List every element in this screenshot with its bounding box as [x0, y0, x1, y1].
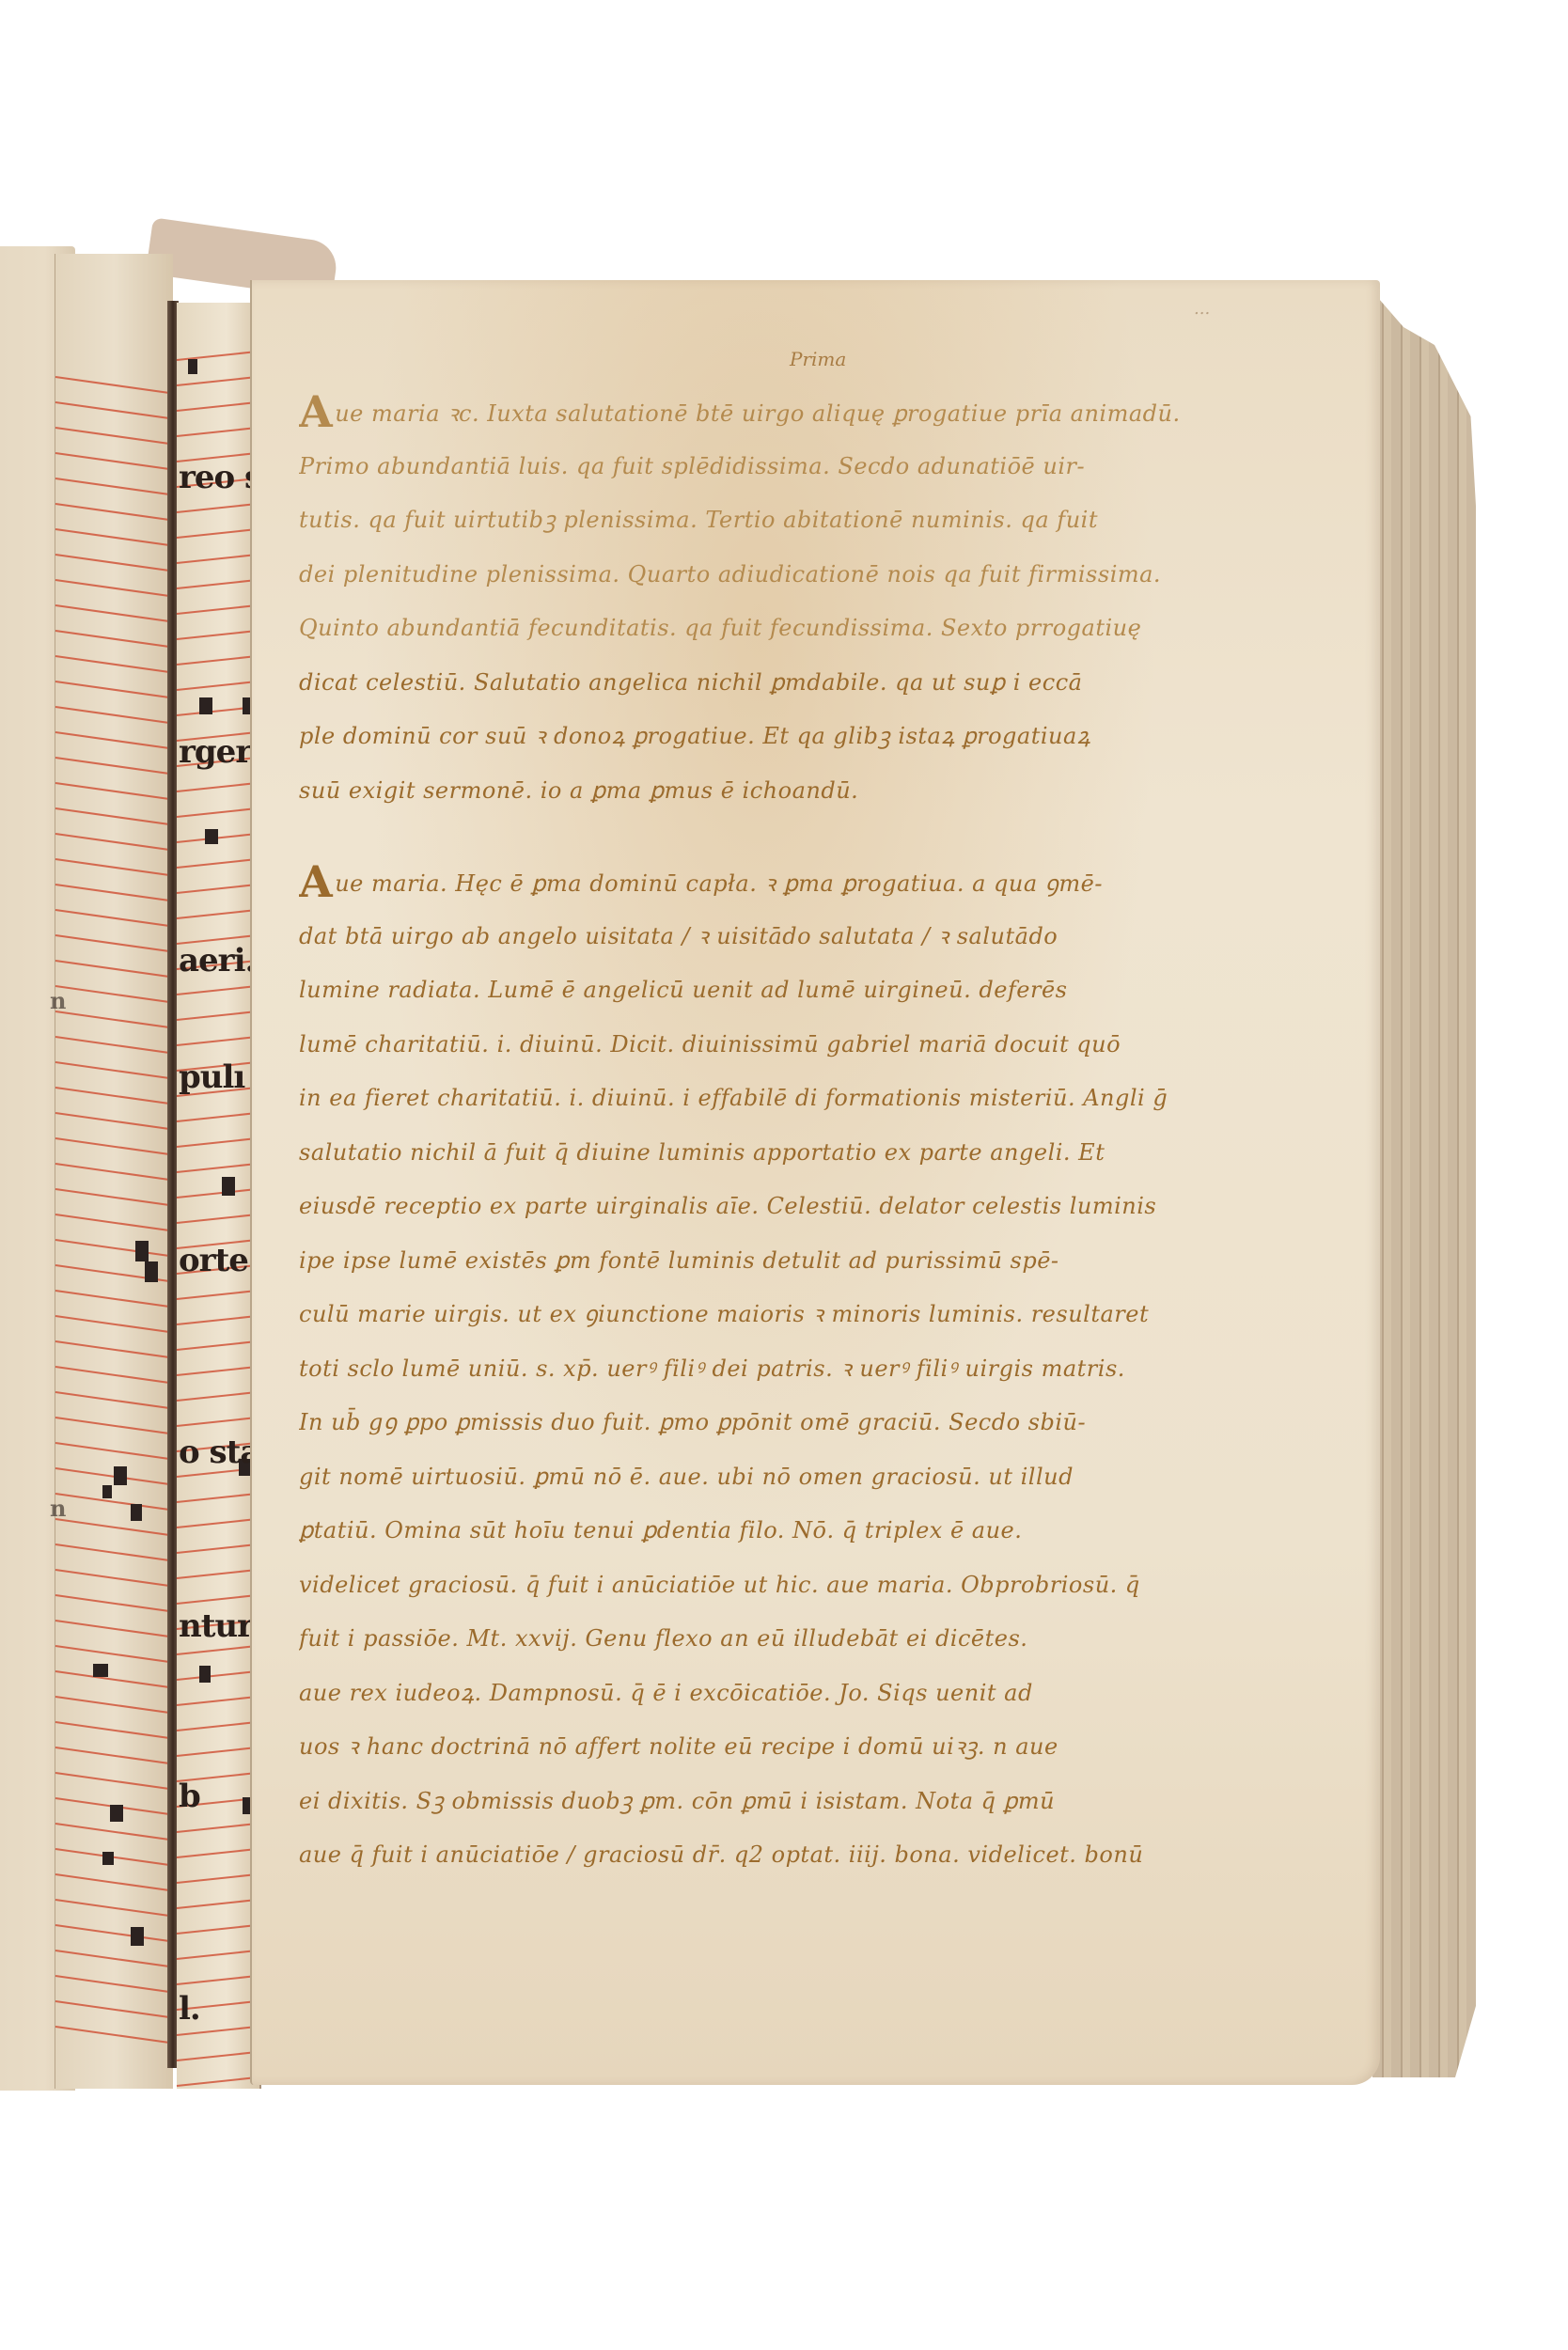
staff-line [177, 1899, 259, 1909]
line-text: lumē charitatiū. i. diuinū. Dicit. diuin… [299, 1031, 1121, 1057]
staff-line [55, 1036, 172, 1054]
music-syllable: orte [179, 1242, 248, 1279]
neume-icon [131, 1504, 142, 1521]
music-syllable: ntur [179, 1607, 253, 1645]
line-text: In ub̄ gꝯ ꝑpo ꝑmissis duo fuit. ꝑmo ꝑpōn… [299, 1409, 1086, 1435]
music-strip-left: nn [55, 254, 173, 2089]
music-syllable: n [50, 1495, 65, 1522]
manuscript-line: Primo abundantiā luis. qa fuit splēdidis… [299, 440, 1295, 494]
staff-line [177, 554, 259, 564]
staff-line [55, 579, 172, 597]
manuscript-text: Aue maria ꝛc. Iuxta salutationē btē uirg… [299, 385, 1295, 1883]
staff-line [177, 1594, 259, 1605]
manuscript-line: Quinto abundantiā fecunditatis. qa fuit … [299, 602, 1295, 656]
line-text: dat btā uirgo ab angelo uisitata / ꝛ uis… [299, 923, 1058, 949]
line-text: ue maria. Hęc ē ꝑma dominū capła. ꝛ ꝑma … [335, 870, 1103, 897]
manuscript-line: dei plenitudine plenissima. Quarto adiud… [299, 548, 1295, 603]
staff-line [55, 909, 172, 927]
staff-line [177, 1873, 259, 1884]
running-head: Prima [790, 348, 846, 370]
staff-line [177, 1543, 259, 1554]
staff-line [55, 604, 172, 622]
paragraph-1: Aue maria ꝛc. Iuxta salutationē btē uirg… [299, 385, 1295, 818]
staff-line [55, 478, 172, 495]
manuscript-line: suū exigit sermonē. io a ꝑma ꝑmus ē icho… [299, 764, 1295, 819]
staff-line [177, 1747, 259, 1757]
staff-line [177, 1518, 259, 1528]
staff-line [177, 1696, 259, 1706]
line-text: toti sclo lumē uniū. s. xp̄. uerꝰ filiꝰ … [299, 1355, 1125, 1382]
staff-line [177, 858, 259, 869]
manuscript-photo: nn reo suirgereaeri.pulıorteo stanturbl.… [0, 0, 1568, 2350]
paragraph-2: Aue maria. Hęc ē ꝑma dominū capła. ꝛ ꝑma… [299, 855, 1295, 1883]
initial-letter: A [299, 856, 333, 907]
staff-line [55, 1670, 172, 1688]
music-syllable: o sta [179, 1433, 259, 1471]
staff-line [55, 1569, 172, 1587]
staff-line [55, 1493, 172, 1511]
line-text: culū marie uirgis. ut ex ꝯiunctione maio… [299, 1301, 1149, 1327]
manuscript-line: uos ꝛ hanc doctrinā nō affert nolite eū … [299, 1720, 1295, 1775]
staff-line [55, 528, 172, 546]
manuscript-line: fuit i passiōe. Mt. xxvij. Genu flexo an… [299, 1612, 1295, 1667]
staff-line [177, 1366, 259, 1376]
staff-line [177, 1290, 259, 1300]
staff-line [55, 681, 172, 698]
staff-line [55, 427, 172, 445]
staff-line [55, 1924, 172, 1942]
staff-line [55, 833, 172, 851]
manuscript-line: toti sclo lumē uniū. s. xp̄. uerꝰ filiꝰ … [299, 1342, 1295, 1397]
staff-line [55, 1696, 172, 1714]
staff-line [177, 1112, 259, 1122]
staff-line [55, 1239, 172, 1257]
staff-line [177, 985, 259, 995]
line-text: aue q̄ fuit i anūciatiōe / graciosū dr̄.… [299, 1841, 1143, 1868]
staff-line [55, 1061, 172, 1079]
staff-line [177, 1315, 259, 1325]
initial-letter: A [299, 386, 333, 437]
staff-line [55, 884, 172, 901]
line-text: lumine radiata. Lumē ē angelicū uenit ad… [299, 977, 1067, 1003]
staff-line [177, 1010, 259, 1021]
staff-line [55, 1823, 172, 1841]
staff-line [177, 909, 259, 919]
staff-line [177, 681, 259, 691]
neume-icon [93, 1664, 108, 1677]
staff-line [55, 807, 172, 825]
staff-line [177, 782, 259, 792]
staff-line [177, 427, 259, 437]
manuscript-line: lumē charitatiū. i. diuinū. Dicit. diuin… [299, 1018, 1295, 1073]
line-text: uos ꝛ hanc doctrinā nō affert nolite eū … [299, 1733, 1058, 1760]
neume-icon [114, 1466, 127, 1485]
staff-line [55, 1442, 172, 1460]
staff-line [55, 554, 172, 572]
manuscript-line: tutis. qa fuit uirtutibꝫ plenissima. Ter… [299, 493, 1295, 548]
staff-line [177, 1645, 259, 1655]
staff-line [177, 1975, 259, 1985]
line-text: git nomē uirtuosiū. ꝑmū nō ē. aue. ubi n… [299, 1464, 1074, 1490]
staff-line [177, 1137, 259, 1148]
neume-icon [102, 1485, 112, 1498]
neume-icon [102, 1852, 114, 1865]
staff-line [177, 1670, 259, 1681]
manuscript-line: aue rex iudeoꝝ. Dampnosū. q̄ ē i excōica… [299, 1667, 1295, 1721]
manuscript-line: salutatio nichil ā fuit q̄ diuine lumini… [299, 1126, 1295, 1181]
staff-line [55, 731, 172, 749]
staff-line [55, 1214, 172, 1231]
staff-line [177, 807, 259, 818]
staff-line [55, 1340, 172, 1358]
staff-line [177, 1950, 259, 1960]
staff-line [55, 1087, 172, 1104]
music-syllable: n [50, 987, 65, 1014]
staff-line [177, 401, 259, 412]
manuscript-line: dicat celestiū. Salutatio angelica nichi… [299, 656, 1295, 711]
line-text: ue maria ꝛc. Iuxta salutationē btē uirgo… [335, 400, 1180, 427]
manuscript-line: ei dixitis. Sꝫ obmissis duobꝫ ꝑm. cōn ꝑm… [299, 1775, 1295, 1829]
line-text: in ea fieret charitatiū. i. diuinū. i ef… [299, 1085, 1168, 1111]
staff-line [177, 884, 259, 894]
staff-line [55, 1873, 172, 1891]
line-text: aue rex iudeoꝝ. Dampnosū. q̄ ē i excōica… [299, 1680, 1033, 1706]
music-syllable: b [179, 1778, 200, 1815]
staff-line [55, 1950, 172, 1967]
line-text: salutatio nichil ā fuit q̄ diuine lumini… [299, 1139, 1105, 1166]
neume-icon [199, 1666, 211, 1683]
folio-mark: ... [1194, 299, 1210, 319]
staff-line [177, 376, 259, 386]
staff-line [55, 2000, 172, 2018]
staff-line [177, 1823, 259, 1833]
line-text: ꝑtatiū. Omina sūt hoīu tenui ꝑdentia fil… [299, 1517, 1022, 1543]
staff-line [55, 1137, 172, 1155]
manuscript-line: In ub̄ gꝯ ꝑpo ꝑmissis duo fuit. ꝑmo ꝑpōn… [299, 1396, 1295, 1450]
music-strip-right: reo suirgereaeri.pulıorteo stanturbl. [177, 303, 261, 2089]
staff-line [55, 2026, 172, 2044]
staff-line [55, 985, 172, 1003]
staff-line [177, 1163, 259, 1173]
staff-line [55, 706, 172, 724]
staff-line [177, 579, 259, 589]
staff-line [177, 1417, 259, 1427]
staff-line [55, 630, 172, 648]
staff-line [177, 528, 259, 539]
staff-line [55, 1010, 172, 1028]
staff-line [55, 1417, 172, 1434]
line-text: ei dixitis. Sꝫ obmissis duobꝫ ꝑm. cōn ꝑm… [299, 1788, 1055, 1814]
staff-line [55, 1163, 172, 1181]
neume-icon [110, 1805, 123, 1822]
staff-line [55, 1899, 172, 1917]
neume-icon [135, 1241, 149, 1261]
staff-line [55, 655, 172, 673]
neume-icon [199, 697, 212, 714]
manuscript-line: dat btā uirgo ab angelo uisitata / ꝛ uis… [299, 910, 1295, 964]
staff-line [55, 1315, 172, 1333]
staff-line [55, 503, 172, 521]
staff-line [177, 1340, 259, 1351]
staff-line [55, 1518, 172, 1536]
staff-line [177, 655, 259, 666]
staff-line [55, 452, 172, 470]
staff-line [55, 376, 172, 394]
music-syllable: pulı [179, 1058, 244, 1096]
staff-line [55, 1747, 172, 1764]
staff-line [177, 630, 259, 640]
music-syllable: aeri. [179, 942, 255, 979]
staff-line [177, 1721, 259, 1731]
staff-line [177, 1848, 259, 1858]
staff-line [55, 1391, 172, 1409]
staff-line [177, 503, 259, 513]
staff-line [177, 1036, 259, 1046]
manuscript-line: eiusdē receptio ex parte uirginalis aīe.… [299, 1180, 1295, 1234]
manuscript-line: ple dominū cor suū ꝛ donoꝝ ꝑrogatiue. Et… [299, 710, 1295, 764]
neume-icon [188, 359, 197, 374]
manuscript-line: culū marie uirgis. ut ex ꝯiunctione maio… [299, 1288, 1295, 1342]
staff-line [55, 1188, 172, 1206]
line-text: Primo abundantiā luis. qa fuit splēdidis… [299, 453, 1085, 479]
neume-icon [131, 1927, 144, 1946]
line-text: dicat celestiū. Salutatio angelica nichi… [299, 669, 1082, 696]
staff-line [55, 1366, 172, 1384]
staff-line [177, 1188, 259, 1198]
manuscript-line: Aue maria. Hęc ē ꝑma dominū capła. ꝛ ꝑma… [299, 855, 1295, 910]
staff-line [177, 2076, 259, 2087]
staff-line [55, 934, 172, 952]
line-text: dei plenitudine plenissima. Quarto adiud… [299, 561, 1161, 587]
line-text: ipe ipse lumē existēs ꝑm fontē luminis d… [299, 1247, 1059, 1274]
manuscript-line: in ea fieret charitatiū. i. diuinū. i ef… [299, 1072, 1295, 1126]
staff-line [55, 1645, 172, 1663]
staff-line [55, 782, 172, 800]
staff-line [55, 401, 172, 419]
staff-line [55, 1543, 172, 1561]
manuscript-line: git nomē uirtuosiū. ꝑmū nō ē. aue. ubi n… [299, 1450, 1295, 1505]
neume-icon [145, 1261, 158, 1282]
text-block-fore-edge [1372, 291, 1476, 2077]
staff-line [55, 1112, 172, 1130]
staff-line [55, 858, 172, 876]
line-text: fuit i passiōe. Mt. xxvij. Genu flexo an… [299, 1625, 1027, 1652]
staff-line [55, 1290, 172, 1308]
manuscript-line: aue q̄ fuit i anūciatiōe / graciosū dr̄.… [299, 1828, 1295, 1883]
staff-line [177, 1924, 259, 1935]
line-text: Quinto abundantiā fecunditatis. qa fuit … [299, 615, 1141, 641]
staff-line [55, 960, 172, 978]
staff-line [55, 1772, 172, 1790]
staff-line [55, 1721, 172, 1739]
line-text: tutis. qa fuit uirtutibꝫ plenissima. Ter… [299, 507, 1098, 533]
staff-line [177, 2051, 259, 2061]
staff-line [177, 1391, 259, 1402]
staff-line [177, 1569, 259, 1579]
staff-line [55, 757, 172, 775]
manuscript-line: videlicet graciosū. q̄ fuit i anūciatiōe… [299, 1559, 1295, 1613]
staff-line [177, 1493, 259, 1503]
line-text: suū exigit sermonē. io a ꝑma ꝑmus ē icho… [299, 777, 858, 804]
staff-line [55, 1975, 172, 1993]
staff-line [55, 1594, 172, 1612]
staff-line [55, 1620, 172, 1637]
line-text: ple dominū cor suū ꝛ donoꝝ ꝑrogatiue. Et… [299, 723, 1090, 749]
staff-line [177, 604, 259, 615]
music-syllable: l. [179, 1990, 200, 2028]
neume-icon [205, 829, 218, 844]
line-text: eiusdē receptio ex parte uirginalis aīe.… [299, 1193, 1156, 1219]
manuscript-line: ꝑtatiū. Omina sūt hoīu tenui ꝑdentia fil… [299, 1504, 1295, 1559]
manuscript-line: Aue maria ꝛc. Iuxta salutationē btē uirg… [299, 385, 1295, 440]
manuscript-line: ipe ipse lumē existēs ꝑm fontē luminis d… [299, 1234, 1295, 1289]
line-text: videlicet graciosū. q̄ fuit i anūciatiōe… [299, 1572, 1140, 1598]
staff-line [177, 1214, 259, 1224]
manuscript-line: lumine radiata. Lumē ē angelicū uenit ad… [299, 963, 1295, 1018]
neume-icon [222, 1177, 235, 1196]
